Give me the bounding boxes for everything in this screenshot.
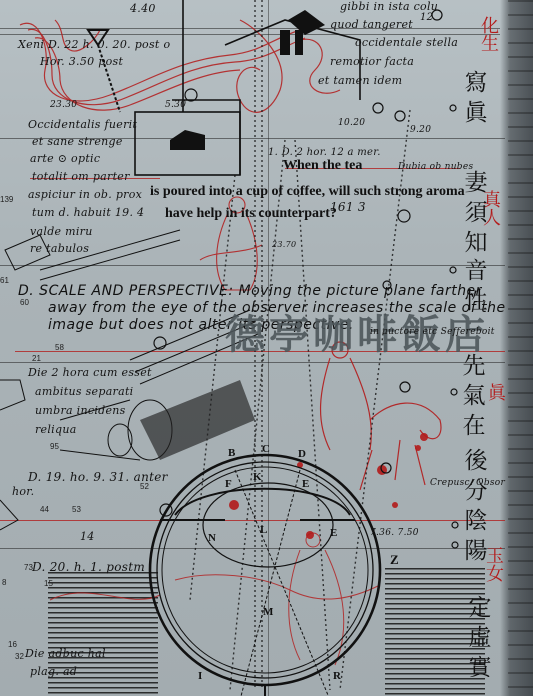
diagram-letter: E <box>302 478 309 490</box>
handwritten-note: tum d. habuit 19. 4 <box>32 206 144 219</box>
handwritten-note: in auctore etc Seffereboit <box>370 327 495 337</box>
small-circle-markers <box>154 10 458 548</box>
handwritten-note: aspiciur in ob. prox <box>28 188 142 201</box>
diagram-letter: M <box>263 606 273 618</box>
margin-number: 139 <box>0 195 13 204</box>
diagram-letter: N <box>208 532 216 544</box>
handwritten-note: Occidentalis fuerit <box>28 118 137 131</box>
figure-number: 52 <box>140 482 149 491</box>
handwritten-note: et tamen idem <box>318 74 402 87</box>
calligraphy-char: 知 <box>462 230 490 257</box>
handwritten-note: Die 2 hora cum esset <box>28 366 152 379</box>
handwritten-note: D. 20. h. 1. postm <box>32 560 145 574</box>
handwritten-note: re tabulos <box>30 242 89 255</box>
collage-artwork: 4.40 Xeni D. 22 h. 0. 20. post o Hor. 3.… <box>0 0 533 696</box>
margin-number: 58 <box>55 343 64 352</box>
handwritten-note: 4.40 <box>130 2 156 15</box>
handwritten-note: 1. D. 2 hor. 12 a mer. <box>268 147 381 158</box>
handwritten-note: plag. ad <box>30 665 77 678</box>
perspective-line-1: D. SCALE AND PERSPECTIVE: Moving the pic… <box>18 283 482 299</box>
figure-number: 16 <box>8 640 17 649</box>
figure-number: 8 <box>2 578 6 587</box>
printed-line-3: have help in its counterpart? <box>165 206 337 222</box>
handwritten-note: 14 <box>80 530 95 543</box>
handwritten-note: Die adbuc hal <box>25 647 106 660</box>
calligraphy-char: 在 <box>460 413 488 440</box>
diagram-letter: D <box>298 448 306 460</box>
handwritten-note: quod tangeret <box>330 18 413 31</box>
handwritten-note: 12 <box>420 12 433 23</box>
handwritten-note: 23.70 <box>272 240 296 249</box>
handwritten-note: valde miru <box>30 225 93 238</box>
handwritten-note: hor. <box>12 485 34 498</box>
diagram-letter: E <box>330 527 337 539</box>
calligraphy-char: 先 <box>460 353 488 380</box>
figure-number: 32 <box>15 652 24 661</box>
diagram-letter: I <box>198 670 202 682</box>
handwritten-note: totalit om parter <box>32 170 130 183</box>
calligraphy-char: 性 <box>462 288 490 315</box>
red-seal-text: 真人 <box>482 192 502 228</box>
calligraphy-char: 氣 <box>460 383 488 410</box>
diagram-letter: L <box>260 524 267 536</box>
calligraphy-char: 分 <box>462 478 490 505</box>
handwritten-note: reliqua <box>35 423 77 436</box>
handwritten-note: et sane strenge <box>32 135 123 148</box>
handwritten-note: ambitus separati <box>35 385 134 398</box>
printed-line-1: When the tea <box>283 158 362 174</box>
calligraphy-char: 音 <box>462 258 490 285</box>
diagram-letter: B <box>228 447 235 459</box>
handwritten-note: 5.30 <box>165 100 186 110</box>
figure-number: 73 <box>24 563 33 572</box>
red-seal-text: 化生 <box>480 18 500 54</box>
calligraphy-char: 眞 <box>462 100 490 127</box>
margin-number: 60 <box>20 298 29 307</box>
eye-diagram <box>150 455 380 696</box>
handwritten-note: Xeni D. 22 h. 0. 20. post o <box>18 38 170 51</box>
handwritten-note: remotior facta <box>330 55 414 68</box>
diagram-letter: R <box>333 670 341 682</box>
hatched-tube <box>140 380 255 460</box>
margin-number: 21 <box>32 354 41 363</box>
handwritten-note: 10.20 <box>338 118 365 128</box>
telescope-drawings <box>0 230 258 530</box>
diagram-letter: C <box>262 443 270 455</box>
margin-number: 61 <box>0 276 9 285</box>
figure-number: 53 <box>72 505 81 514</box>
calligraphy-char: 陰 <box>462 508 490 535</box>
diagram-letter: K <box>253 471 262 483</box>
red-seal-text: 玉女 <box>485 548 505 584</box>
diagram-letter: Z <box>390 552 399 568</box>
handwritten-note: Hor. 3.50 post <box>40 55 123 68</box>
red-seated-figure <box>50 533 380 665</box>
figure-number: 95 <box>50 442 59 451</box>
calligraphy-char: 定 <box>466 595 494 622</box>
calligraphy-char: 後 <box>462 448 490 475</box>
red-seal-text: 眞 <box>487 385 507 403</box>
handwritten-note: arte ⊙ optic <box>30 152 100 165</box>
diagram-letter: F <box>225 478 232 490</box>
handwritten-note: occidentale stella <box>355 36 458 49</box>
binding-edge <box>508 0 533 696</box>
figure-number: 15 <box>44 579 53 588</box>
calligraphy-char: 虛 <box>466 625 494 652</box>
handwritten-note: 7.36. 7.50 <box>370 528 419 538</box>
printed-line-2: is poured into a cup of coffee, will suc… <box>150 184 465 200</box>
handwritten-note: 23.30 <box>50 100 77 110</box>
calligraphy-char: 實 <box>466 655 494 682</box>
calligraphy-char: 寫 <box>462 70 490 97</box>
handwritten-note: umbra incidens <box>35 404 126 417</box>
figure-number: 44 <box>40 505 49 514</box>
red-ink-blots <box>229 433 428 539</box>
handwritten-note: 9.20 <box>410 125 431 135</box>
